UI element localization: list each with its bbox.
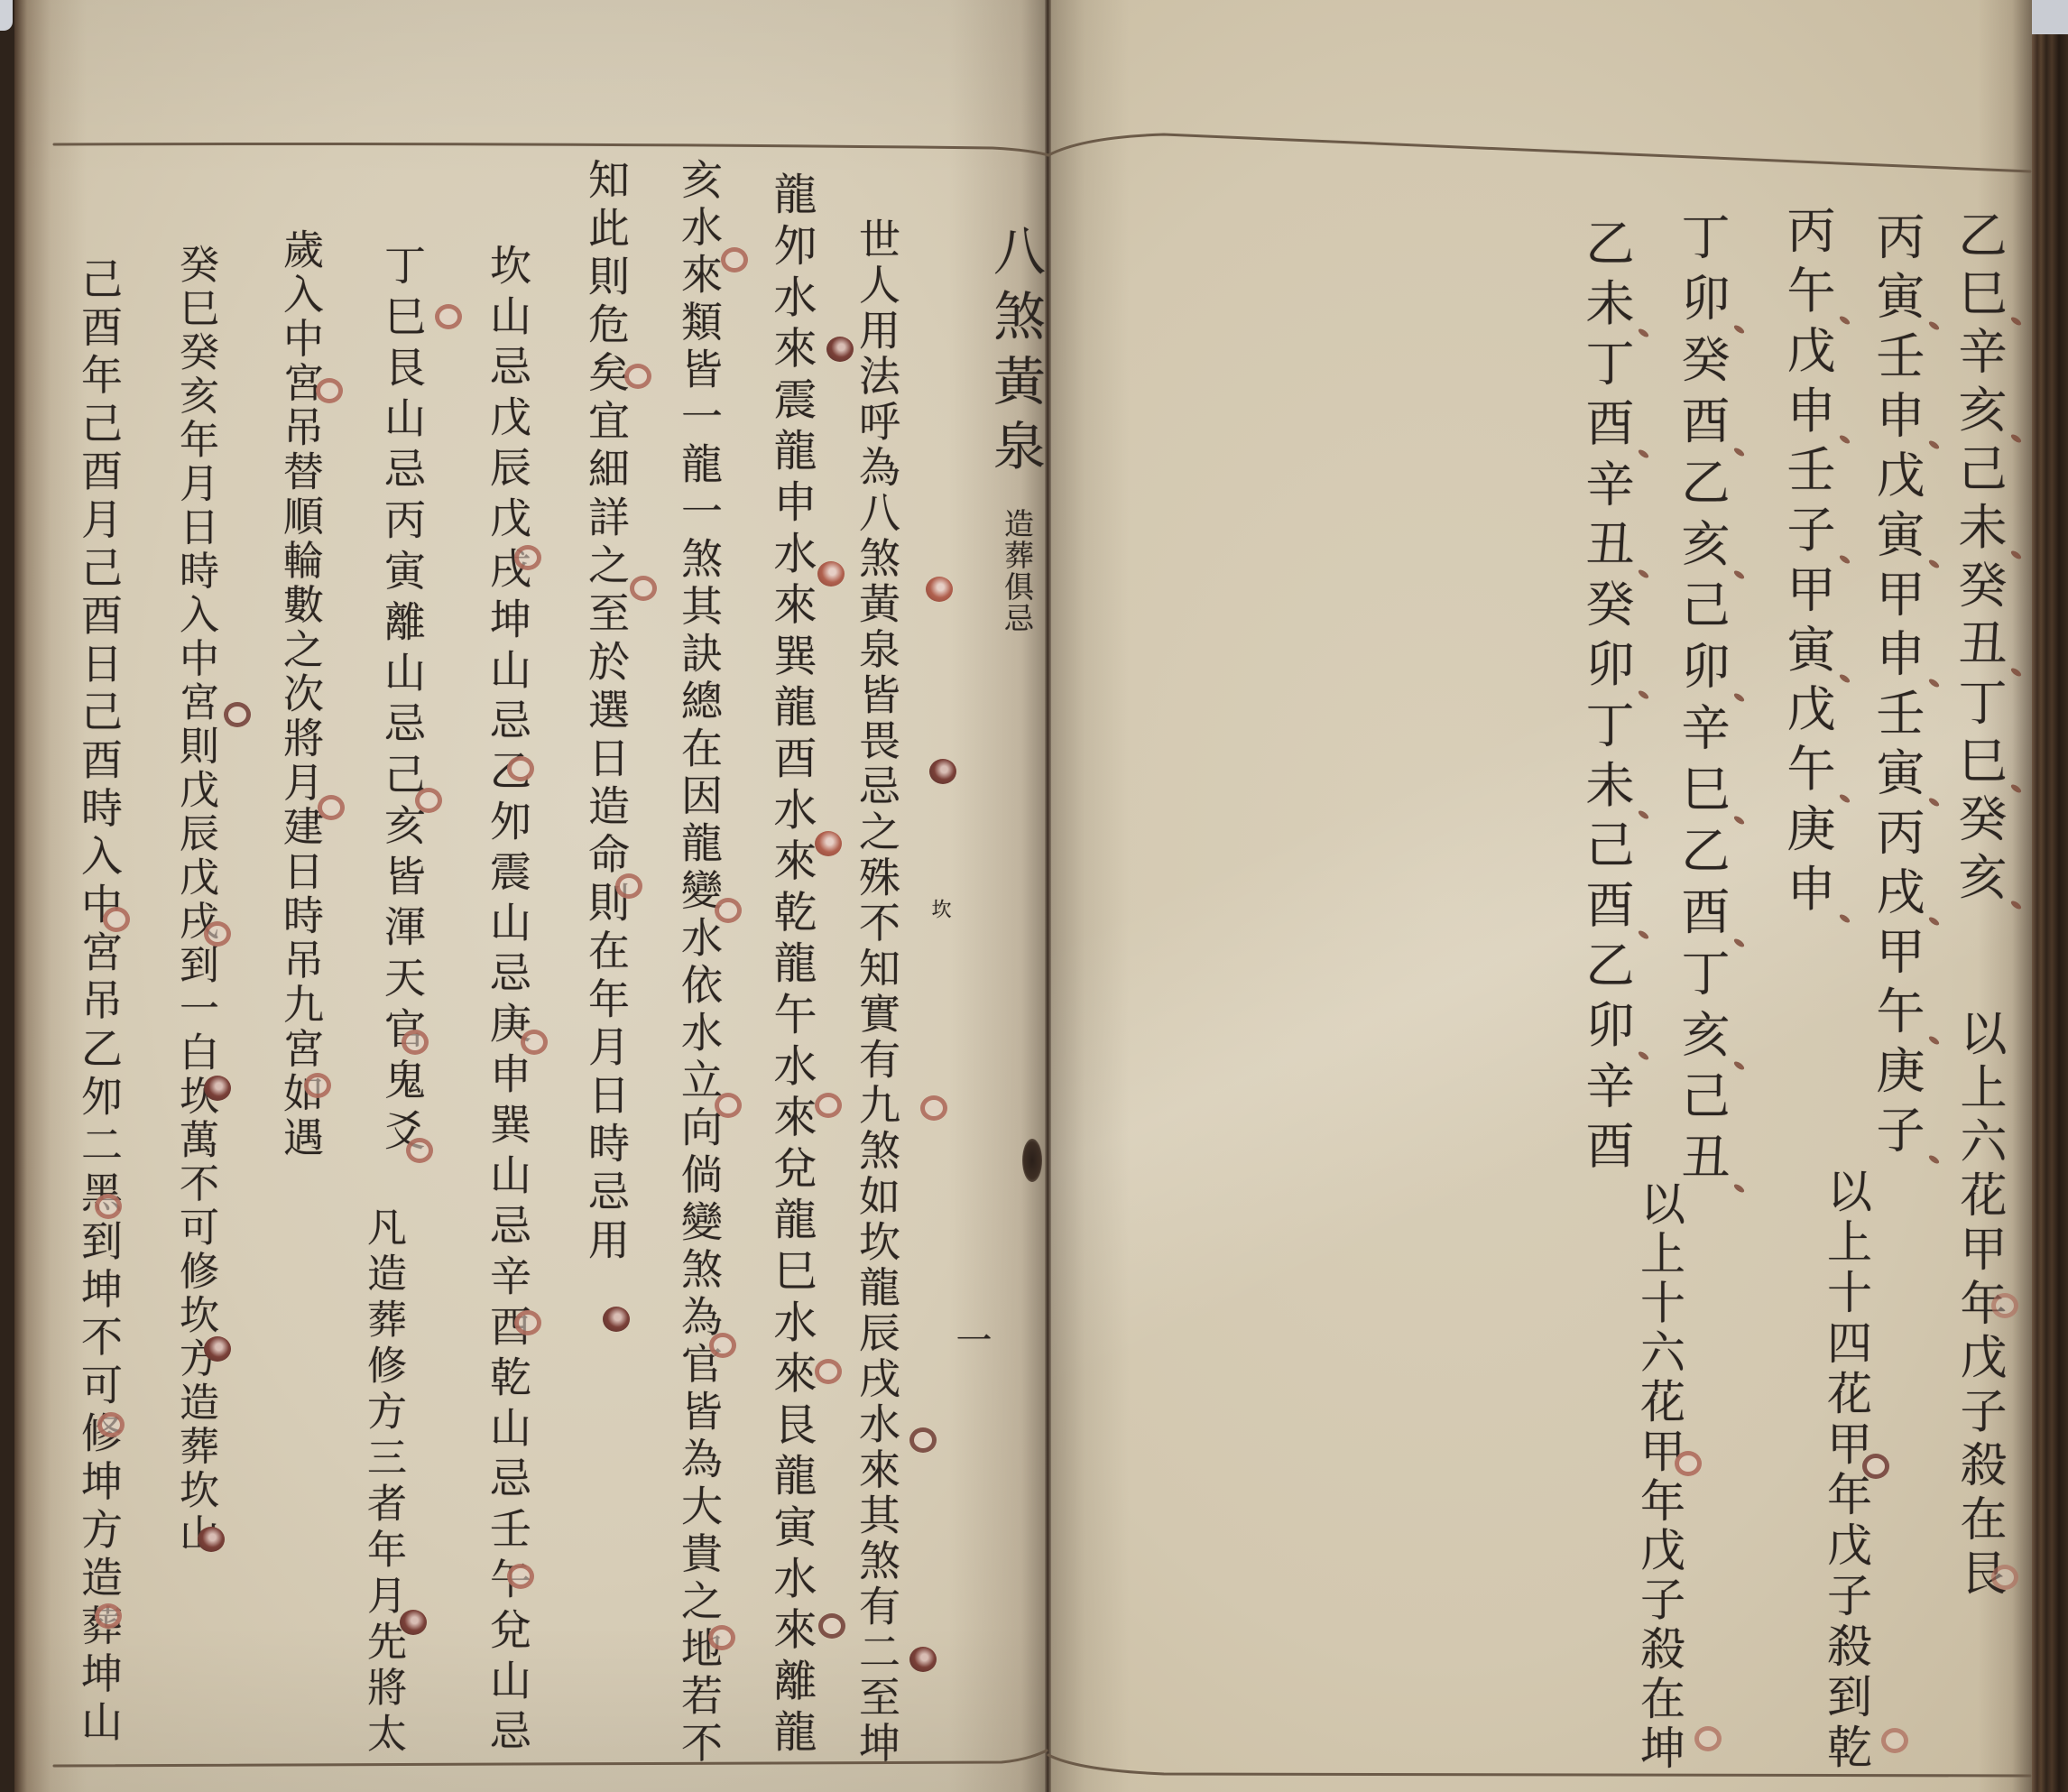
red-ink-circle-mark	[815, 1093, 842, 1118]
red-ink-circle-mark	[1675, 1451, 1702, 1476]
ganzhi-item: 戊申	[1779, 325, 1836, 445]
red-ink-circle-mark	[630, 576, 657, 601]
text-column: 丁巳艮山忌丙寅離山忌己亥皆渾天官鬼爻	[382, 244, 423, 1159]
ganzhi-item: 癸酉	[1674, 334, 1731, 457]
ganzhi-item: 壬寅	[1869, 688, 1925, 807]
ganzhi-item: 甲寅	[1779, 564, 1836, 684]
text-column: 己酉年己酉月己酉日己酉時入中宮吊乙夘二黑到坤不可修坤方造葬坤山	[78, 257, 120, 1748]
red-ink-circle-mark	[1991, 1565, 2018, 1590]
red-ink-circle-mark	[615, 873, 642, 899]
red-ink-circle-mark	[95, 1194, 122, 1219]
red-ink-circle-mark	[318, 795, 345, 820]
ganzhi-item: 癸卯	[1578, 578, 1635, 698]
red-ink-circle-mark	[406, 1138, 433, 1163]
text-column: 龍夘水來震龍申水來巽龍酉水來乾龍午水來兌龍巳水來艮龍寅水來離龍	[770, 171, 813, 1760]
red-ink-circle-mark	[709, 1333, 736, 1358]
ganzhi-item: 戊午	[1779, 683, 1836, 803]
ganzhi-item: 己酉	[1578, 819, 1635, 939]
red-ink-circle-mark	[304, 1073, 331, 1098]
red-ink-circle-mark	[715, 898, 742, 923]
red-ink-circle-mark	[507, 756, 534, 781]
ganzhi-item: 癸亥	[1951, 793, 2008, 910]
red-ink-circle-mark	[514, 545, 541, 570]
red-ink-dot-mark	[400, 1610, 427, 1635]
ganzhi-item: 丙戌	[1869, 807, 1925, 926]
ganzhi-item: 庚申	[1779, 803, 1836, 923]
red-ink-circle-mark	[435, 304, 462, 329]
red-ink-dot-mark	[826, 337, 854, 362]
ganzhi-item: 己卯	[1674, 579, 1731, 702]
ganzhi-column: 丙午戊申壬子甲寅戊午庚申	[1783, 205, 1832, 923]
red-ink-dot-mark	[198, 1527, 225, 1552]
red-ink-circle-mark	[402, 1030, 429, 1055]
ganzhi-item: 己丑	[1674, 1070, 1731, 1193]
ganzhi-column: 丙寅壬申戊寅甲申壬寅丙戌甲午庚子	[1872, 211, 1921, 1164]
red-ink-circle-mark	[1694, 1726, 1722, 1751]
red-ink-circle-mark	[1991, 1293, 2018, 1318]
red-ink-circle-mark	[1881, 1728, 1908, 1753]
ganzhi-item: 丙寅	[1869, 211, 1925, 330]
text-column: 世人用法呼為八煞黃泉皆畏忌之殊不知實有九煞如坎龍辰戌水來其煞有二至坤	[856, 217, 898, 1767]
red-ink-circle-mark	[103, 907, 130, 932]
ganzhi-item: 乙酉	[1674, 825, 1731, 947]
red-ink-circle-mark	[316, 378, 343, 403]
summary-note: 以上十六花甲年戊子殺在坤	[1637, 1180, 1682, 1774]
ganzhi-column: 乙未丁酉辛丑癸卯丁未己酉乙卯辛酉	[1582, 217, 1630, 1180]
ganzhi-column: 丁卯癸酉乙亥己卯辛巳乙酉丁亥己丑	[1677, 211, 1726, 1193]
red-ink-dot-mark	[817, 561, 845, 587]
red-ink-circle-mark	[415, 788, 442, 813]
red-ink-circle-mark	[721, 247, 748, 272]
red-ink-circle-mark	[920, 1095, 947, 1121]
ganzhi-item: 壬申	[1869, 330, 1925, 449]
ganzhi-item: 丁卯	[1674, 211, 1731, 334]
ganzhi-item: 辛亥	[1951, 326, 2008, 442]
open-book: 八煞黃泉 造葬俱忌 坎 一 世人用法呼為八煞黃泉皆畏忌之殊不知實有九煞如坎龍辰戌…	[0, 0, 2068, 1792]
red-ink-dot-mark	[815, 831, 842, 856]
text-column: 歲入中宮吊替順輪數之次將月建日時吊九宮如遇	[280, 228, 320, 1160]
ganzhi-item: 丁巳	[1951, 677, 2008, 793]
ganzhi-item: 乙未	[1578, 217, 1635, 337]
ganzhi-item: 癸丑	[1951, 559, 2008, 676]
red-ink-circle-mark	[909, 1427, 937, 1453]
page-number: 一	[953, 1321, 989, 1357]
ganzhi-item: 辛巳	[1674, 702, 1731, 825]
ganzhi-item: 乙卯	[1578, 939, 1635, 1059]
ganzhi-item: 己未	[1951, 443, 2008, 559]
margin-note: 坎	[929, 899, 949, 919]
red-ink-circle-mark	[514, 1310, 541, 1335]
red-ink-circle-mark	[624, 364, 651, 389]
red-ink-circle-mark	[1862, 1454, 1889, 1479]
red-ink-circle-mark	[204, 921, 231, 947]
ganzhi-item: 丙午	[1779, 205, 1836, 325]
text-column: 亥水來類皆一龍一煞其訣總在因龍變水依水立向倘變煞為官皆為大貴之地若不	[679, 158, 720, 1769]
red-ink-circle-mark	[95, 1603, 122, 1629]
page-title: 八煞黃泉	[989, 224, 1041, 484]
ganzhi-item: 乙巳	[1951, 209, 2008, 326]
text-column: 知此則危矣宜細詳之至於選日造命則在年月日時忌用	[586, 158, 627, 1266]
ganzhi-item: 丁酉	[1578, 337, 1635, 457]
red-ink-circle-mark	[715, 1093, 742, 1118]
ganzhi-item: 庚子	[1869, 1045, 1925, 1164]
red-ink-dot-mark	[929, 759, 956, 784]
ganzhi-item: 乙亥	[1674, 457, 1731, 579]
ganzhi-item: 甲午	[1869, 926, 1925, 1045]
summary-note: 以上十四花甲年戊子殺到乾	[1823, 1168, 1869, 1774]
ganzhi-column: 乙巳辛亥己未癸丑丁巳癸亥	[1954, 209, 2003, 910]
ganzhi-item: 甲申	[1869, 568, 1925, 688]
red-ink-dot-mark	[204, 1076, 231, 1101]
ganzhi-item: 丁未	[1578, 699, 1635, 819]
red-ink-circle-mark	[815, 1359, 842, 1384]
red-ink-circle-mark	[818, 1613, 845, 1639]
ganzhi-item: 壬子	[1779, 444, 1836, 564]
ganzhi-item: 戊寅	[1869, 449, 1925, 568]
red-ink-circle-mark	[507, 1564, 534, 1589]
red-ink-dot-mark	[204, 1336, 231, 1362]
red-ink-dot-mark	[909, 1647, 937, 1672]
red-ink-circle-mark	[521, 1030, 548, 1055]
red-ink-dot-mark	[603, 1307, 630, 1332]
page-subtitle: 造葬俱忌	[1002, 508, 1032, 634]
red-ink-circle-mark	[224, 702, 251, 727]
red-ink-circle-mark	[708, 1625, 735, 1650]
red-ink-dot-mark	[926, 577, 953, 602]
ganzhi-item: 丁亥	[1674, 947, 1731, 1070]
text-column: 癸巳癸亥年月日時入中宮則戊辰戊戌到一白坎萬不可修坎方造葬坎山	[175, 244, 215, 1556]
ganzhi-item: 辛酉	[1578, 1060, 1635, 1180]
ganzhi-item: 辛丑	[1578, 458, 1635, 578]
text-column: 凡造葬修方三者年月先將太	[363, 1206, 402, 1759]
text-column: 坎山忌戊辰戊戌坤山忌乙夘震山忌庚申巽山忌辛酉乾山忌壬午兌山忌	[487, 244, 529, 1760]
red-ink-circle-mark	[97, 1412, 125, 1437]
